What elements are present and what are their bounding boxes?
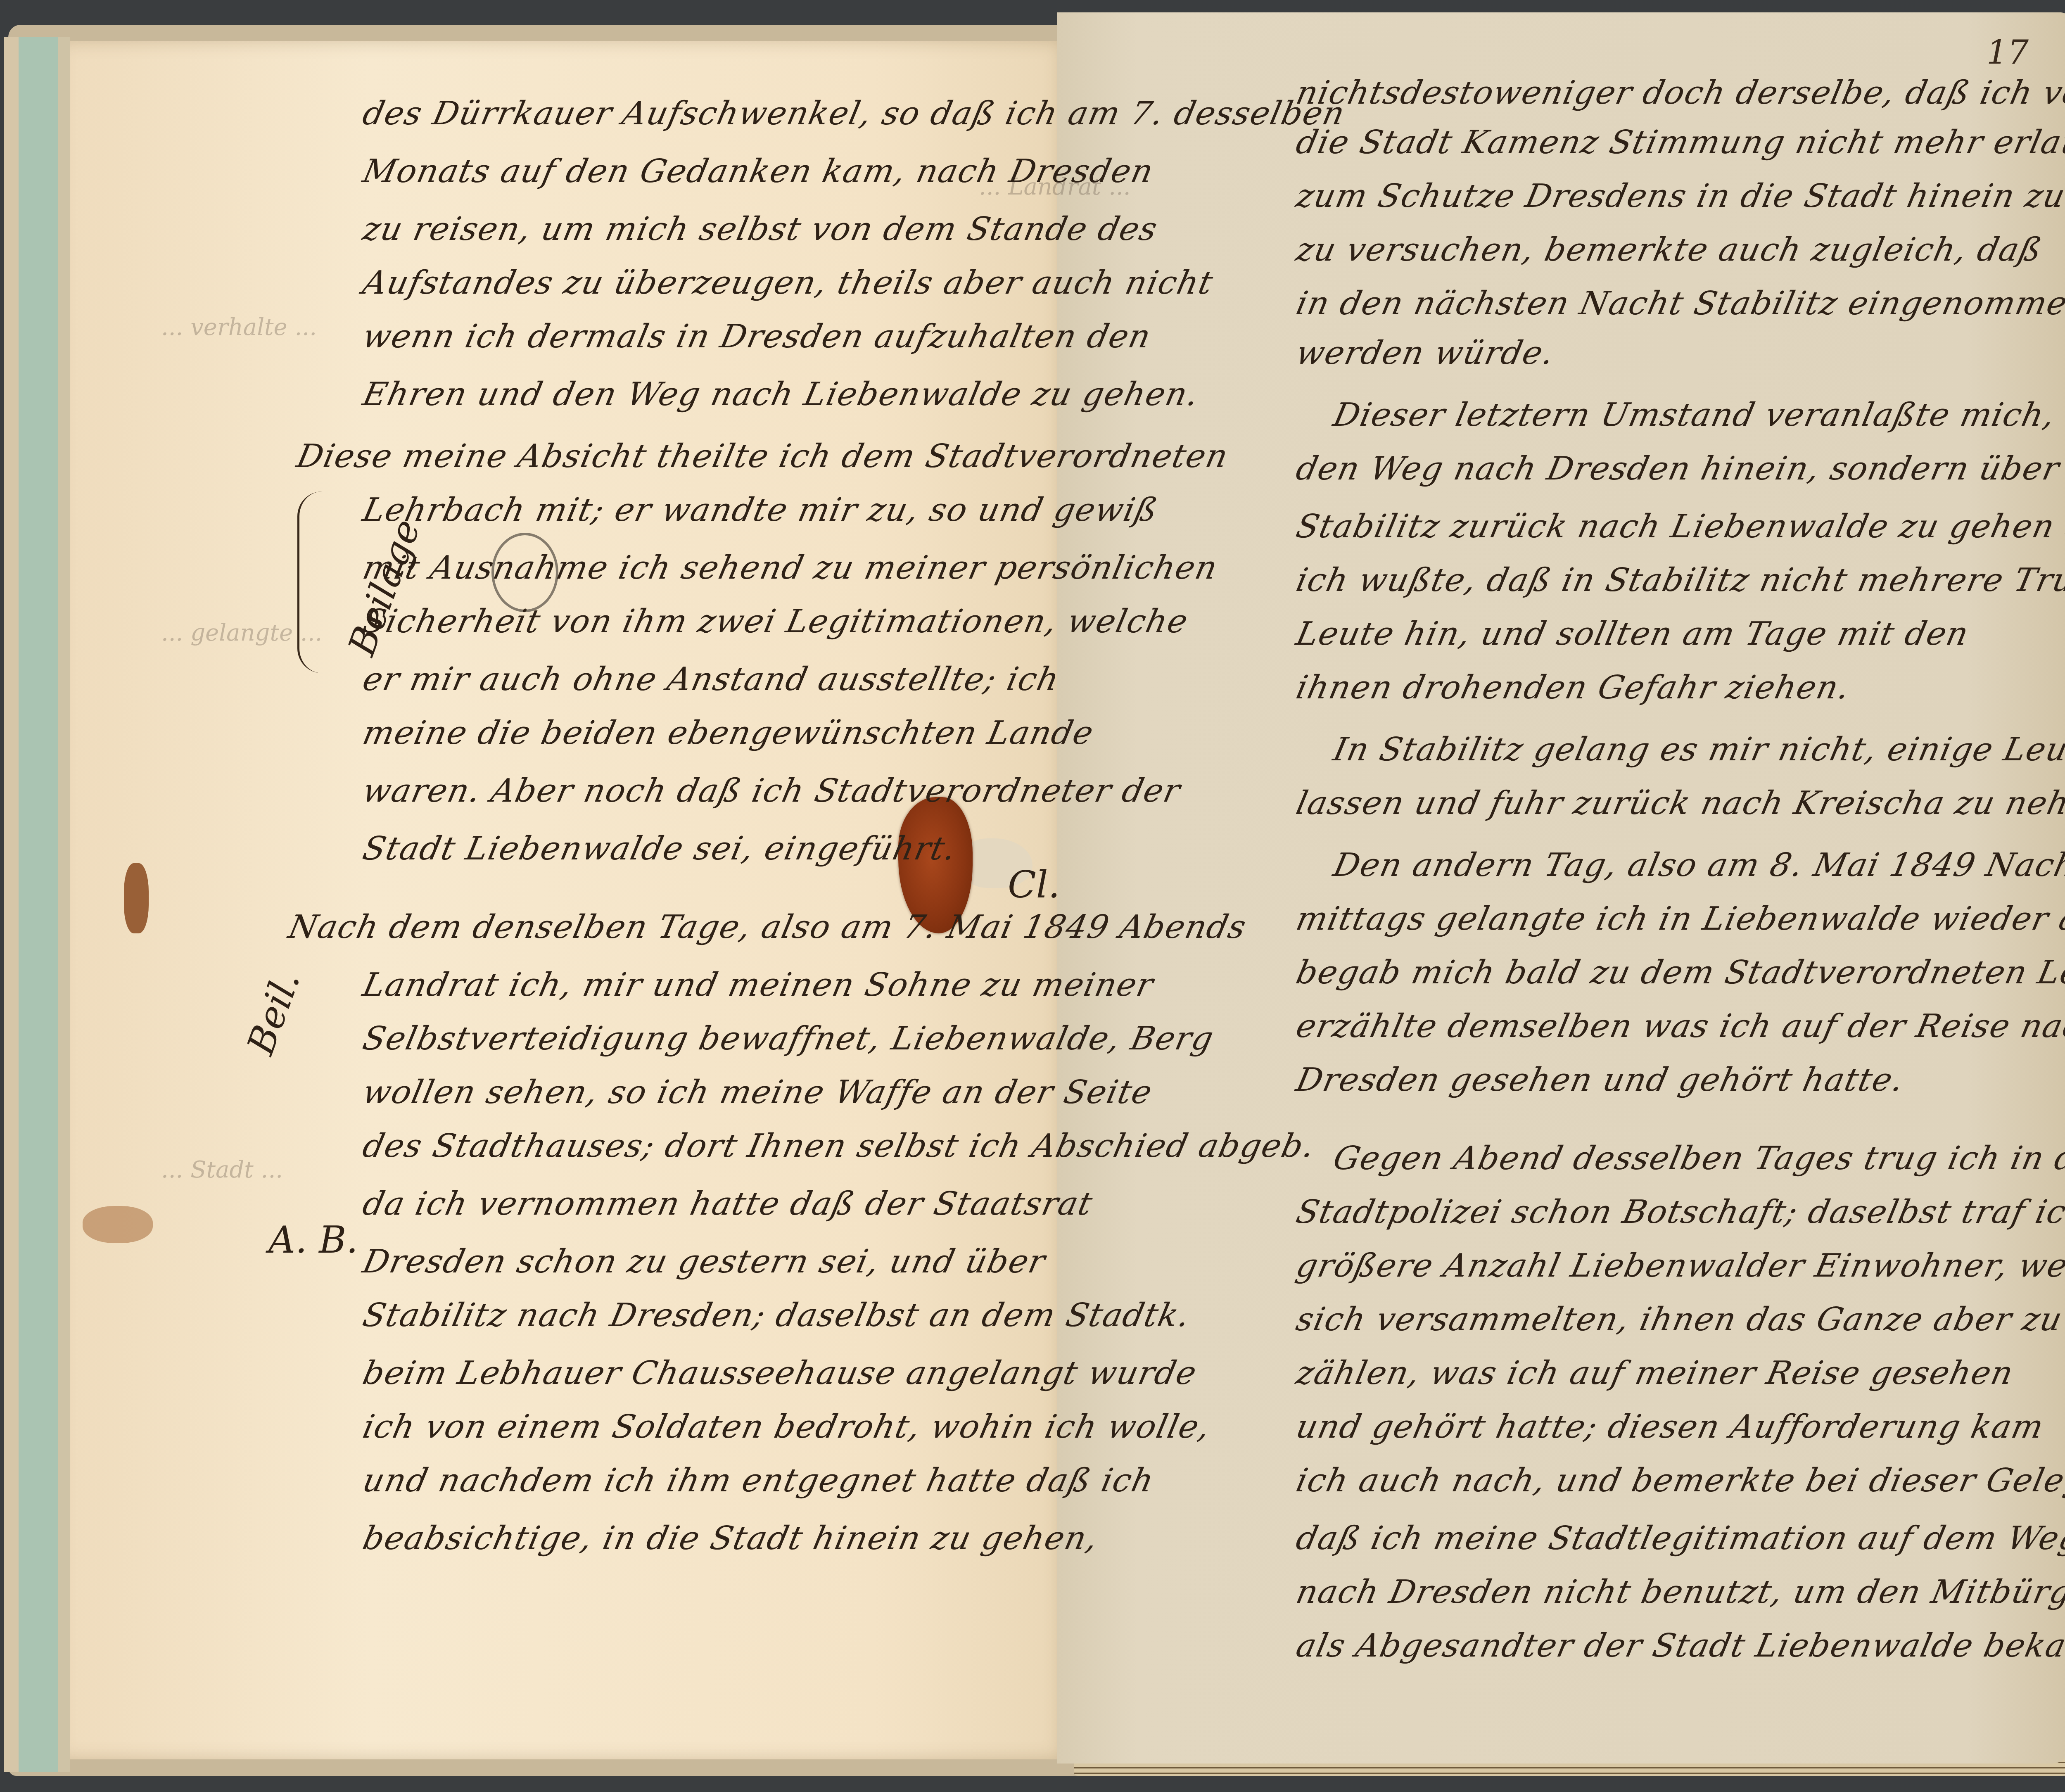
text-line: zu versuchen, bemerkte auch zugleich, da… <box>1293 231 2046 268</box>
text-line: Monats auf den Gedanken kam, nach Dresde… <box>359 153 1157 190</box>
text-line: Selbstverteidigung bewaffnet, Liebenwald… <box>359 1020 1217 1057</box>
text-line: Leute hin, und sollten am Tage mit den <box>1293 615 1972 653</box>
text-line: in den nächsten Nacht Stabilitz eingenom… <box>1293 285 2065 322</box>
text-line: Stabilitz zurück nach Liebenwalde zu geh… <box>1293 508 2065 545</box>
water-stain <box>83 1206 153 1243</box>
text-line: und gehört hatte; diesen Aufforderung ka… <box>1293 1408 2047 1445</box>
text-line: Aufstandes zu überzeugen, theils aber au… <box>359 264 1217 301</box>
text-line: Nach dem denselben Tage, also am 7. Mai … <box>285 909 1250 946</box>
text-line: beabsichtige, in die Stadt hinein zu geh… <box>359 1520 1101 1557</box>
ink-stain <box>124 863 149 933</box>
margin-annotation: A. B. <box>268 1218 358 1262</box>
text-line: ich von einem Soldaten bedroht, wohin ic… <box>359 1408 1214 1445</box>
text-line: nichtsdestoweniger doch derselbe, daß ic… <box>1293 74 2065 112</box>
text-line: meine die beiden ebengewünschten Lande <box>359 714 1097 752</box>
facing-page-bleedthrough: ... Landrat ... ... verhalte ... ... gel… <box>70 41 244 1363</box>
text-line: In Stabilitz gelang es mir nicht, einige… <box>1330 731 2065 768</box>
text-line: Landrat ich, mir und meinen Sohne zu mei… <box>359 966 1157 1004</box>
text-line: Dresden schon zu gestern sei, und über <box>359 1243 1049 1280</box>
text-line: mittags gelangte ich in Liebenwalde wied… <box>1293 900 2065 938</box>
text-line: werden würde. <box>1293 335 1558 372</box>
open-book: ... Landrat ... ... verhalte ... ... gel… <box>0 0 2065 1792</box>
text-line: nach Dresden nicht benutzt, um den Mitbü… <box>1293 1574 2065 1611</box>
margin-bracket <box>297 491 328 673</box>
green-spine-binding <box>4 37 70 1772</box>
text-line: wenn ich dermals in Dresden aufzuhalten … <box>359 318 1154 355</box>
ghost-text: ... Stadt ... <box>161 1156 283 1183</box>
text-line: Dieser letztern Umstand veranlaßte mich, <box>1330 396 2059 434</box>
text-line: daß ich meine Stadtlegitimation auf dem … <box>1293 1520 2065 1557</box>
text-line: er mir auch ohne Anstand ausstellte; ich <box>359 661 1063 698</box>
text-line: Lehrbach mit; er wandte mir zu, so und g… <box>359 491 1161 529</box>
text-line: die Stadt Kamenz Stimmung nicht mehr erl… <box>1293 124 2065 161</box>
text-line: Stadt Liebenwalde sei, eingeführt. <box>359 830 960 867</box>
text-line: waren. Aber noch daß ich Stadtverordnete… <box>359 772 1184 809</box>
text-line: Stadtpolizei schon Botschaft; daselbst t… <box>1293 1194 2065 1231</box>
text-line: des Stadthauses; dort Ihnen selbst ich A… <box>359 1127 1318 1165</box>
margin-annotation: Cl. <box>1008 863 1060 907</box>
text-line: größere Anzahl Liebenwalder Einwohner, w… <box>1293 1247 2065 1284</box>
text-line: wollen sehen, so ich meine Waffe an der … <box>359 1074 1156 1111</box>
text-line: des Dürrkauer Aufschwenkel, so daß ich a… <box>359 95 1348 132</box>
text-line: Stabilitz nach Dresden; daselbst an dem … <box>359 1297 1194 1334</box>
text-line: Diese meine Absicht theilte ich dem Stad… <box>293 438 1232 475</box>
text-line: da ich vernommen hatte daß der Staatsrat <box>359 1185 1096 1222</box>
text-line: zum Schutze Dresdens in die Stadt hinein… <box>1293 178 2065 215</box>
text-line: erzählte demselben was ich auf der Reise… <box>1293 1008 2065 1045</box>
text-line: Ehren und den Weg nach Liebenwalde zu ge… <box>359 376 1202 413</box>
text-line: Den andern Tag, also am 8. Mai 1849 Nach… <box>1330 847 2065 884</box>
text-line: begab mich bald zu dem Stadtverordneten … <box>1293 954 2065 991</box>
text-line: sich versammelten, ihnen das Ganze aber … <box>1293 1301 2065 1338</box>
text-line: Dresden gesehen und gehört hatte. <box>1293 1061 1907 1099</box>
text-line: mit Ausnahme ich sehend zu meiner persön… <box>359 549 1221 586</box>
text-line: zählen, was ich auf meiner Reise gesehen <box>1293 1355 2017 1392</box>
text-line: und nachdem ich ihm entgegnet hatte daß … <box>359 1462 1157 1499</box>
text-line: ihnen drohenden Gefahr ziehen. <box>1293 669 1853 706</box>
text-line: als Abgesandter der Stadt Liebenwalde be… <box>1293 1627 2065 1664</box>
text-line: beim Lebhauer Chausseehause angelangt wu… <box>359 1355 1200 1392</box>
text-line: ich auch nach, und bemerkte bei dieser G… <box>1293 1462 2065 1499</box>
text-line: den Weg nach Dresden hinein, sondern übe… <box>1293 450 2063 487</box>
text-line: lassen und fuhr zurück nach Kreischa zu … <box>1293 785 2065 822</box>
page-number: 17 <box>1987 33 2029 71</box>
text-line: Gegen Abend desselben Tages trug ich in … <box>1330 1140 2065 1177</box>
text-line: ich wußte, daß in Stabilitz nicht mehrer… <box>1293 562 2065 599</box>
text-line: Sicherheit von ihm zwei Legitimationen, … <box>359 603 1192 640</box>
ghost-text: ... verhalte ... <box>161 314 317 341</box>
text-line: zu reisen, um mich selbst von dem Stande… <box>359 211 1161 248</box>
